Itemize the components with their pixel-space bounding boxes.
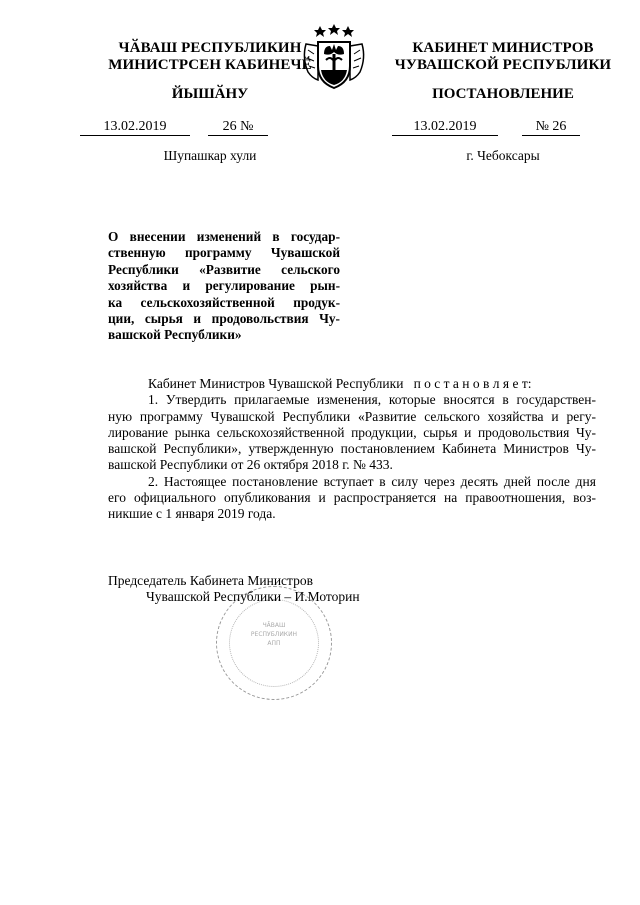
preamble: Кабинет Министров Чувашской Республики п… [108,376,596,392]
header-left-number: 26 № [208,118,268,136]
header-right-line1: КАБИНЕТ МИНИСТРОВ [383,40,623,57]
header-left-doc-type: ЙЫШӐНУ [95,86,325,103]
coat-of-arms-icon [298,20,370,92]
subject-line: вашской Республики» [108,327,340,343]
subject-line: хозяйства и регулирование рын- [108,278,340,294]
subject-line: Республики «Развитие сельского [108,262,340,278]
signature-name: Чувашской Республики – И.Моторин [108,589,360,605]
item-2: 2. Настоящее постановление вступает в си… [108,474,596,523]
signature-block: Председатель Кабинета Министров Чувашско… [108,573,360,606]
header-right-doc-type: ПОСТАНОВЛЕНИЕ [383,86,623,103]
subject-line: ка сельскохозяйственной продук- [108,295,340,311]
signature-title: Председатель Кабинета Министров [108,573,360,589]
header-right-line2: ЧУВАШСКОЙ РЕСПУБЛИКИ [383,57,623,74]
item-1-line: вашской Республики от 26 октября 2018 г.… [108,457,596,473]
header-right-number: № 26 [522,118,580,136]
preamble-verb: п о с т а н о в л я е т: [414,376,532,391]
subject-line: О внесении изменений в государ- [108,229,340,245]
item-2-line: 2. Настоящее постановление вступает в си… [108,474,596,490]
item-2-line: никшие с 1 января 2019 года. [108,506,596,522]
item-2-line: его официального опубликования и распрос… [108,490,596,506]
item-1-line: вашской Республики», утвержденную постан… [108,441,596,457]
item-1: 1. Утвердить прилагаемые изменения, кото… [108,392,596,473]
header-left-city: Шупашкар хули [95,148,325,164]
header-left-org: ЧӐВАШ РЕСПУБЛИКИН МИНИСТРСЕН КАБИНЕЧӖ [95,40,325,74]
header-left-date: 13.02.2019 [80,118,190,136]
item-1-line: 1. Утвердить прилагаемые изменения, кото… [108,392,596,408]
header-right-org: КАБИНЕТ МИНИСТРОВ ЧУВАШСКОЙ РЕСПУБЛИКИ [383,40,623,74]
subject-line: ственную программу Чувашской [108,245,340,261]
document-subject: О внесении изменений в государ- ственную… [108,229,340,344]
subject-line: ции, сырья и продовольствия Чу- [108,311,340,327]
header-left-line1: ЧӐВАШ РЕСПУБЛИКИН [95,40,325,57]
stamp-text: ЧӐВАШ РЕСПУБЛИКИН АПП [237,621,311,648]
header-right-city: г. Чебоксары [383,148,623,164]
item-1-line: лирование рынка сельскохозяйственной про… [108,425,596,441]
header-right-date: 13.02.2019 [392,118,498,136]
header-left-line2: МИНИСТРСЕН КАБИНЕЧӖ [95,57,325,74]
preamble-lead: Кабинет Министров Чувашской Республики [148,376,403,391]
item-1-line: ную программу Чувашской Республики «Разв… [108,409,596,425]
document-body: Кабинет Министров Чувашской Республики п… [108,376,596,523]
